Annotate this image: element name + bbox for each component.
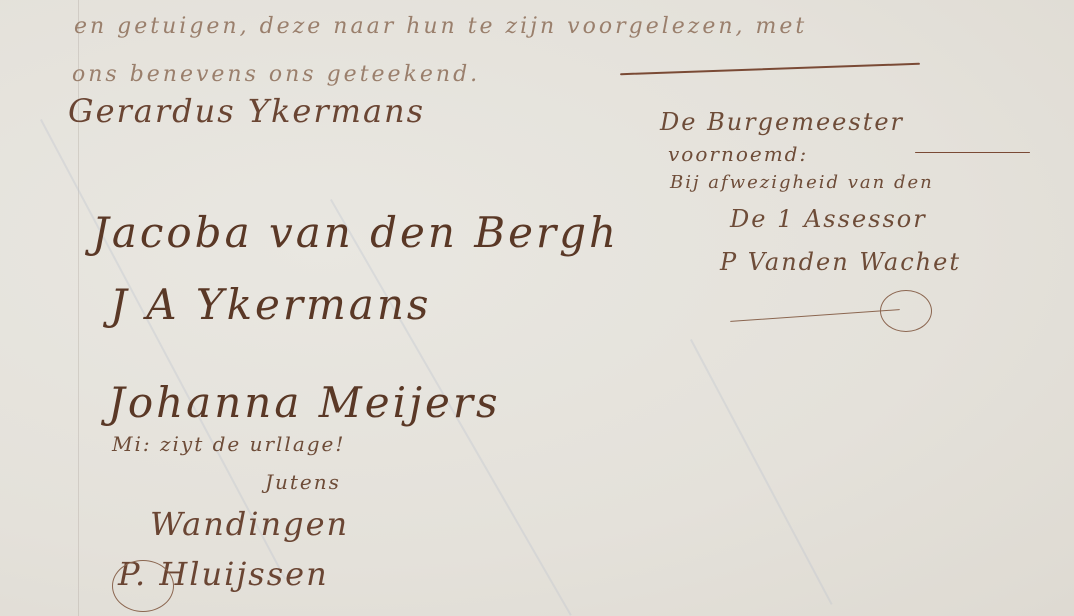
title-rule (915, 152, 1030, 153)
burgemeester-title: De Burgemeester (660, 108, 904, 136)
body-line-2: ons benevens ons geteekend. (72, 62, 480, 87)
underline-flourish (730, 309, 900, 322)
signature-gerardus: Gerardus Ykermans (68, 92, 425, 130)
closing-rule (620, 63, 920, 75)
document-page: en getuigen, deze naar hun te zijn voorg… (0, 0, 1074, 616)
signature-ja-ykermans: J A Ykermans (110, 280, 431, 329)
paper-fold (690, 339, 833, 605)
signature-vanden-wachet: P Vanden Wachet (720, 248, 961, 276)
flourish (880, 290, 932, 332)
flourish (112, 560, 174, 612)
voornoemd: voornoemd: (668, 142, 808, 166)
signature-johanna: Johanna Meijers (108, 378, 501, 427)
note-line: Mi: ziyt de urllage! (112, 432, 345, 456)
assessor-role: De 1 Assessor (730, 205, 927, 233)
absence-note: Bij afwezigheid van den (670, 172, 934, 193)
signature-wandingen: Wandingen (150, 505, 349, 543)
body-line-1: en getuigen, deze naar hun te zijn voorg… (74, 14, 807, 39)
signature-jutens: Jutens (265, 470, 341, 494)
signature-jacoba: Jacoba van den Bergh (92, 208, 619, 257)
